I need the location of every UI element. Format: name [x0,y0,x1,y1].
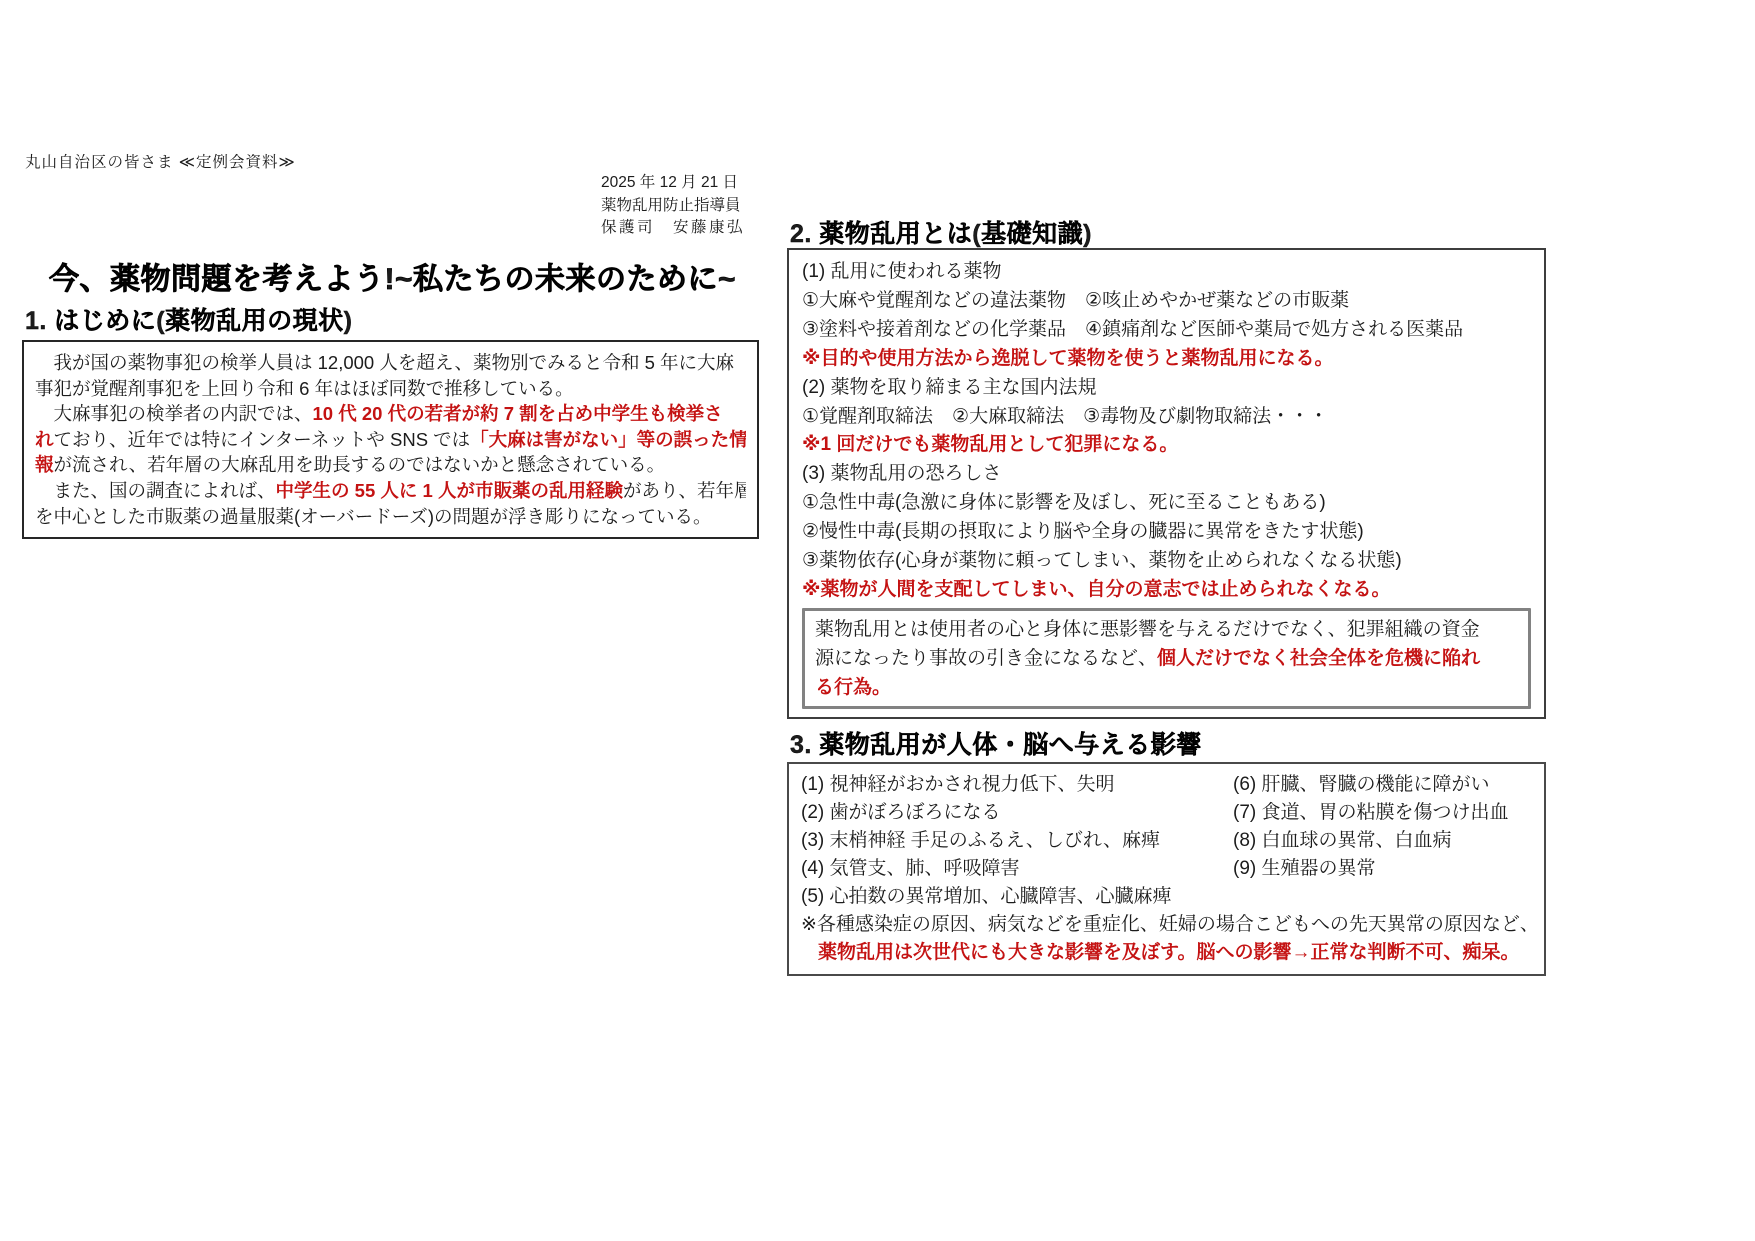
header-note: 丸山自治区の皆さま ≪定例会資料≫ [25,150,296,172]
effect-item: (5) 心拍数の異常増加、心臓障害、心臓麻痺 [801,883,1233,911]
text-line: ①覚醒剤取締法 ②大麻取締法 ③毒物及び劇物取締法・・・ [802,403,1531,432]
text-line: ※薬物が人間を支配してしまい、自分の意志では止められなくなる。 [802,576,1531,605]
effects-column-right: (6) 肝臓、腎臓の機能に障がい (7) 食道、胃の粘膜を傷つけ出血 (8) 白… [1233,771,1532,911]
text-line: ③塗料や接着剤などの化学薬品 ④鎮痛剤など医師や薬局で処方される医薬品 [802,316,1531,345]
effect-item: (7) 食道、胃の粘膜を傷つけ出血 [1233,799,1532,827]
text-line: 我が国の薬物事犯の検挙人員は 12,000 人を超え、薬物別でみると令和 5 年… [35,350,746,376]
effect-item: (1) 視神経がおかされ視力低下、失明 [801,771,1233,799]
text-line: 報が流され、若年層の大麻乱用を助長するのではないかと懸念されている。 [35,452,746,478]
section1-box: 我が国の薬物事犯の検挙人員は 12,000 人を超え、薬物別でみると令和 5 年… [22,340,759,539]
section3-heading: 3. 薬物乱用が人体・脳へ与える影響 [790,725,1202,761]
text-line: ※1 回だけでも薬物乱用として犯罪になる。 [802,431,1531,460]
effect-item: (8) 白血球の異常、白血病 [1233,827,1532,855]
effects-columns: (1) 視神経がおかされ視力低下、失明 (2) 歯がぼろぼろになる (3) 末梢… [801,771,1532,911]
page-title: 今、薬物問題を考えよう!~私たちの未来のために~ [25,254,760,298]
text-line: (1) 乱用に使われる薬物 [802,258,1531,287]
text-line: (3) 薬物乱用の恐ろしさ [802,460,1531,489]
date-line: 2025 年 12 月 21 日 [601,172,745,195]
text-line: ②慢性中毒(長期の摂取により脳や全身の臓器に異常をきたす状態) [802,518,1531,547]
effect-item: (3) 末梢神経 手足のふるえ、しびれ、麻痺 [801,827,1233,855]
text-line: 大麻事犯の検挙者の内訳では、10 代 20 代の若者が約 7 割を占め中学生も検… [35,401,746,427]
text-line: 薬物乱用とは使用者の心と身体に悪影響を与えるだけでなく、犯罪組織の資金 [815,615,1518,644]
definition-callout-box: 薬物乱用とは使用者の心と身体に悪影響を与えるだけでなく、犯罪組織の資金 源になっ… [802,608,1531,709]
text-line: また、国の調査によれば、中学生の 55 人に 1 人が市販薬の乱用経験があり、若… [35,478,746,504]
text-line: ①大麻や覚醒剤などの違法薬物 ②咳止めやかぜ薬などの市販薬 [802,287,1531,316]
document-page: 丸山自治区の皆さま ≪定例会資料≫ 2025 年 12 月 21 日 薬物乱用防… [0,0,1755,1241]
text-line: ※各種感染症の原因、病気などを重症化、妊婦の場合こどもへの先天異常の原因など、 [801,911,1532,939]
author-name-line: 保護司 安藤康弘 [601,217,745,240]
section1-heading: 1. はじめに(薬物乱用の現状) [25,301,352,337]
section2-box: (1) 乱用に使われる薬物 ①大麻や覚醒剤などの違法薬物 ②咳止めやかぜ薬などの… [787,248,1546,719]
text-line: 薬物乱用は次世代にも大きな影響を及ぼす。脳への影響→正常な判断不可、痴呆。 [801,939,1532,967]
effect-item: (9) 生殖器の異常 [1233,855,1532,883]
section3-box: (1) 視神経がおかされ視力低下、失明 (2) 歯がぼろぼろになる (3) 末梢… [787,762,1546,976]
text-line: 源になったり事故の引き金になるなど、個人だけでなく社会全体を危機に陥れ [815,644,1518,673]
section2-heading: 2. 薬物乱用とは(基礎知識) [790,214,1092,250]
text-line: る行為。 [815,673,1518,702]
text-line: 事犯が覚醒剤事犯を上回り令和 6 年はほぼ同数で推移している。 [35,376,746,402]
text-line: ①急性中毒(急激に身体に影響を及ぼし、死に至ることもある) [802,489,1531,518]
text-line: (2) 薬物を取り締まる主な国内法規 [802,374,1531,403]
author-role-line: 薬物乱用防止指導員 [601,195,745,218]
effect-item: (4) 気管支、肺、呼吸障害 [801,855,1233,883]
text-line: を中心とした市販薬の過量服薬(オーバードーズ)の問題が浮き彫りになっている。 [35,504,746,530]
effect-item: (2) 歯がぼろぼろになる [801,799,1233,827]
text-line: れており、近年では特にインターネットや SNS では「大麻は害がない」等の誤った… [35,427,746,453]
text-line: ※目的や使用方法から逸脱して薬物を使うと薬物乱用になる。 [802,345,1531,374]
text-line: ③薬物依存(心身が薬物に頼ってしまい、薬物を止められなくなる状態) [802,547,1531,576]
effects-column-left: (1) 視神経がおかされ視力低下、失明 (2) 歯がぼろぼろになる (3) 末梢… [801,771,1233,911]
effect-item: (6) 肝臓、腎臓の機能に障がい [1233,771,1532,799]
date-block: 2025 年 12 月 21 日 薬物乱用防止指導員 保護司 安藤康弘 [601,172,745,240]
